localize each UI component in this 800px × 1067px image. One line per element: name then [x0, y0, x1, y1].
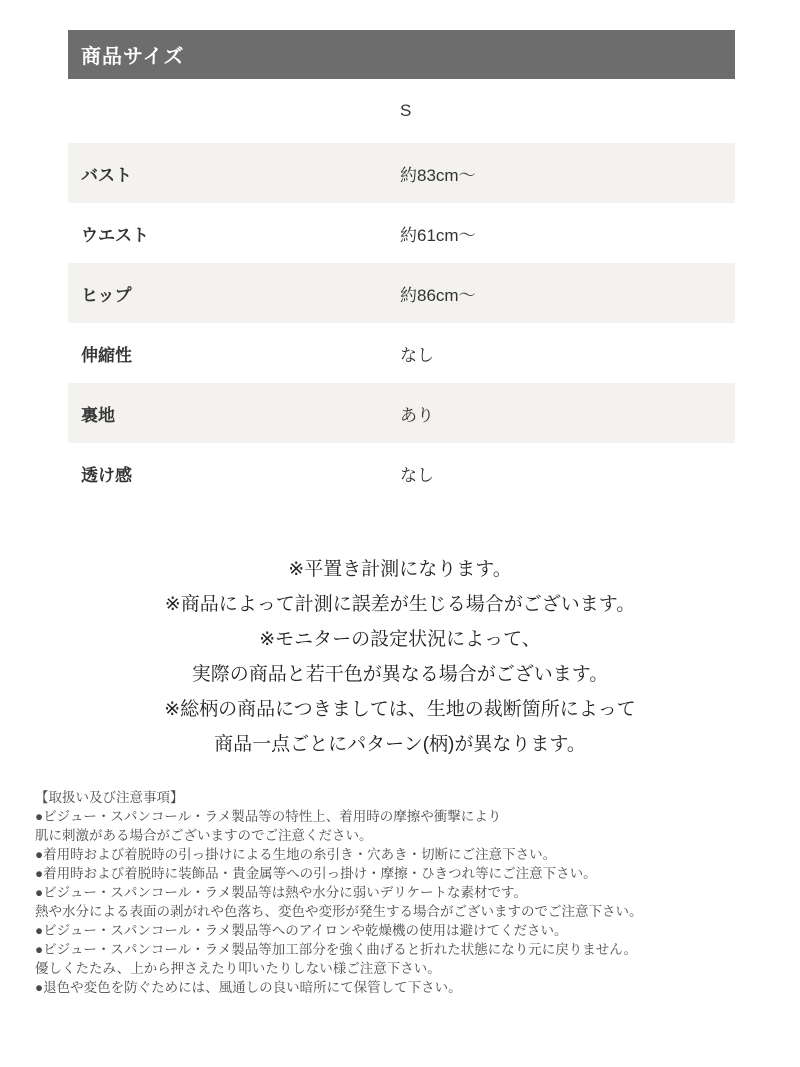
size-section-header: 商品サイズ	[68, 30, 735, 79]
care-instructions: 【取扱い及び注意事項】 ●ビジュー・スパンコール・ラメ製品等の特性上、着用時の摩…	[35, 788, 775, 997]
table-row-hip: ヒップ 約86cm～	[68, 263, 735, 323]
care-line: 優しくたたみ、上から押さえたり叩いたりしない様ご注意下さい。	[35, 959, 775, 978]
product-spec-sheet: 商品サイズ S バスト 約83cm～ ウエスト 約61cm～ ヒップ 約86cm…	[0, 0, 800, 1067]
table-row-sheerness: 透け感 なし	[68, 443, 735, 503]
care-heading: 【取扱い及び注意事項】	[35, 788, 775, 807]
row-value: あり	[400, 401, 735, 426]
table-row-stretch: 伸縮性 なし	[68, 323, 735, 383]
row-value: 約83cm～	[400, 161, 735, 186]
care-line: ●ビジュー・スパンコール・ラメ製品等は熱や水分に弱いデリケートな素材です。	[35, 883, 775, 902]
size-table-header-row: S	[68, 79, 735, 143]
row-value: 約61cm～	[400, 221, 735, 246]
note-line: ※商品によって計測に誤差が生じる場合がございます。	[0, 587, 800, 622]
row-label: ヒップ	[68, 281, 400, 306]
row-label: ウエスト	[68, 221, 400, 246]
care-line: ●着用時および着脱時の引っ掛けによる生地の糸引き・穴あき・切断にご注意下さい。	[35, 845, 775, 864]
note-line: ※モニターの設定状況によって、	[0, 622, 800, 657]
row-value: 約86cm～	[400, 281, 735, 306]
care-line: ●ビジュー・スパンコール・ラメ製品等加工部分を強く曲げると折れた状態になり元に戻…	[35, 940, 775, 959]
care-line: 熱や水分による表面の剥がれや色落ち、変色や変形が発生する場合がございますのでご注…	[35, 902, 775, 921]
table-row-bust: バスト 約83cm～	[68, 143, 735, 203]
care-line: ●ビジュー・スパンコール・ラメ製品等の特性上、着用時の摩擦や衝撃により	[35, 807, 775, 826]
size-section-title: 商品サイズ	[81, 40, 184, 69]
table-row-waist: ウエスト 約61cm～	[68, 203, 735, 263]
row-label: 裏地	[68, 401, 400, 426]
size-table: S バスト 約83cm～ ウエスト 約61cm～ ヒップ 約86cm～ 伸縮性 …	[68, 79, 735, 503]
note-line: 商品一点ごとにパターン(柄)が異なります。	[0, 727, 800, 762]
care-line: ●退色や変色を防ぐためには、風通しの良い暗所にて保管して下さい。	[35, 978, 775, 997]
measurement-notes: ※平置き計測になります。 ※商品によって計測に誤差が生じる場合がございます。 ※…	[0, 552, 800, 762]
row-label: 透け感	[68, 461, 400, 486]
note-line: ※総柄の商品につきましては、生地の裁断箇所によって	[0, 692, 800, 727]
row-value: なし	[400, 341, 735, 366]
note-line: 実際の商品と若干色が異なる場合がございます。	[0, 657, 800, 692]
table-row-lining: 裏地 あり	[68, 383, 735, 443]
note-line: ※平置き計測になります。	[0, 552, 800, 587]
care-line: 肌に刺激がある場合がございますのでご注意ください。	[35, 826, 775, 845]
row-label: 伸縮性	[68, 341, 400, 366]
size-column-header: S	[400, 101, 735, 121]
row-value: なし	[400, 461, 735, 486]
care-line: ●ビジュー・スパンコール・ラメ製品等へのアイロンや乾燥機の使用は避けてください。	[35, 921, 775, 940]
row-label: バスト	[68, 161, 400, 186]
care-line: ●着用時および着脱時に装飾品・貴金属等への引っ掛け・摩擦・ひきつれ等にご注意下さ…	[35, 864, 775, 883]
